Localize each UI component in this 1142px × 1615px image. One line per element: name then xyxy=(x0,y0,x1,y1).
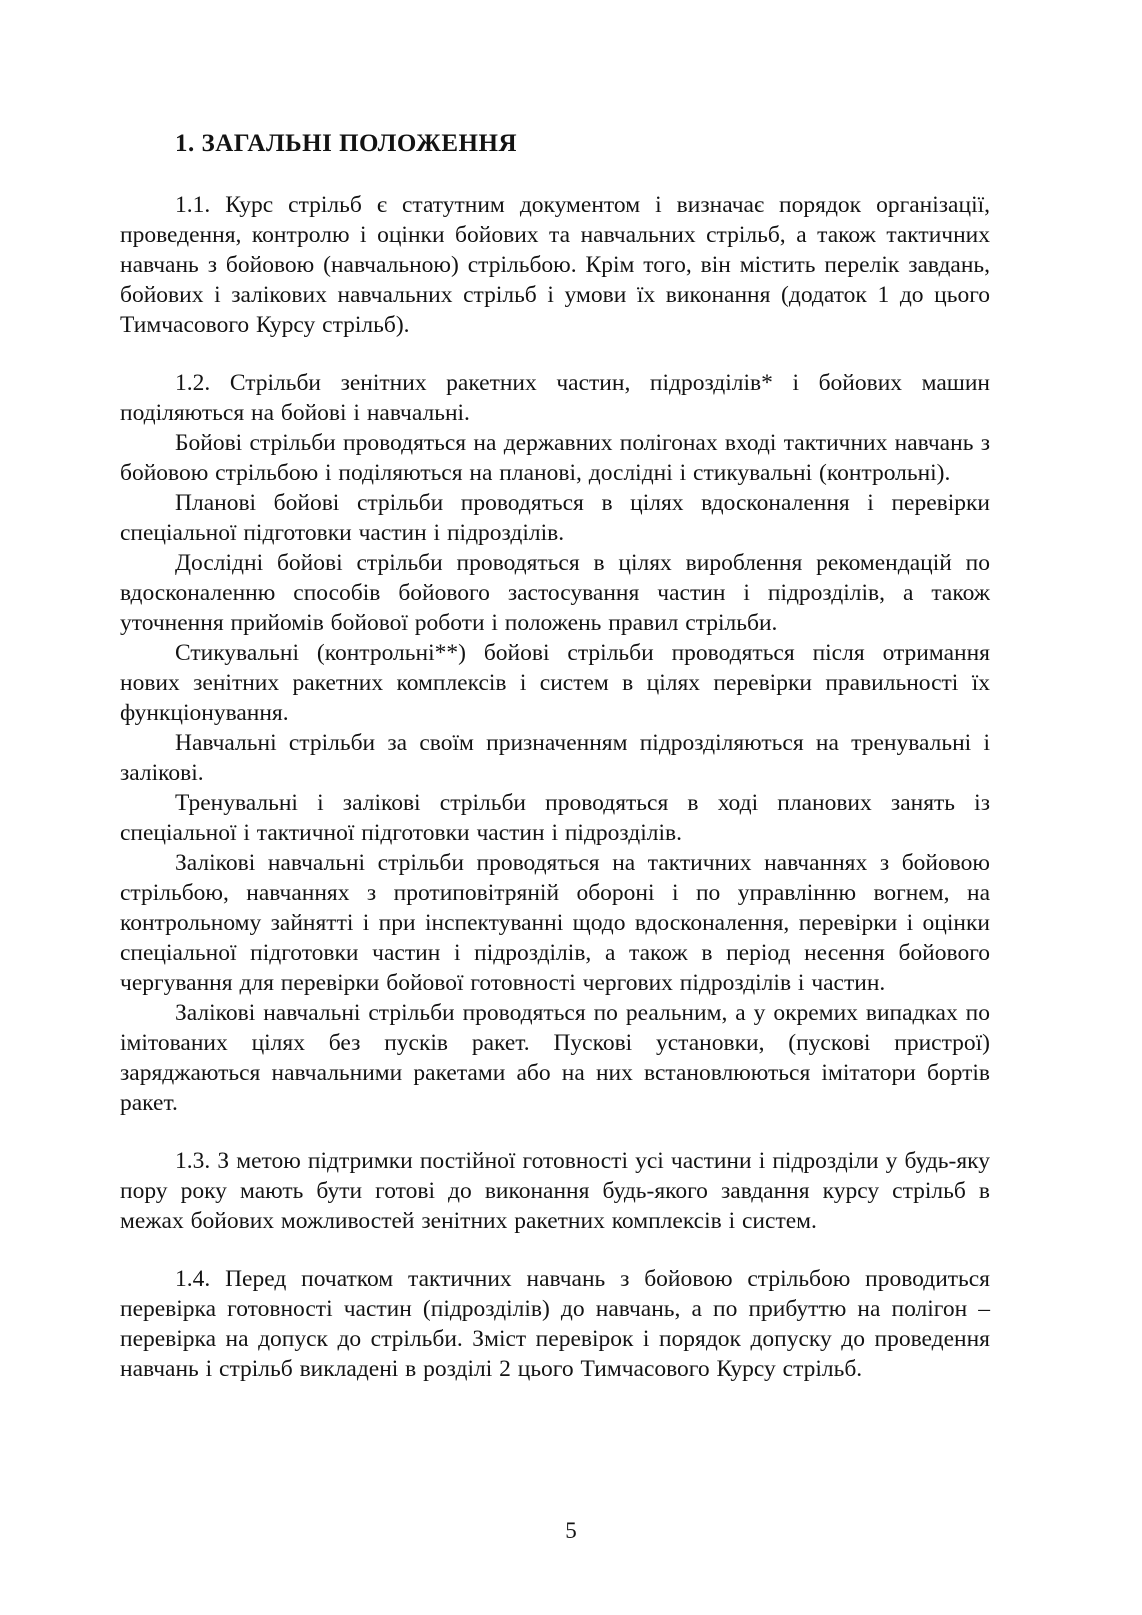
section-1-2: 1.2. Стрільби зенітних ракетних частин, … xyxy=(120,368,990,1118)
paragraph: 1.2. Стрільби зенітних ракетних частин, … xyxy=(120,368,990,428)
paragraph: Планові бойові стрільби проводяться в ці… xyxy=(120,488,990,548)
section-heading: 1. ЗАГАЛЬНІ ПОЛОЖЕННЯ xyxy=(175,130,990,158)
document-page: 1. ЗАГАЛЬНІ ПОЛОЖЕННЯ 1.1. Курс стрільб … xyxy=(0,0,1142,1615)
paragraph: Навчальні стрільби за своїм призначенням… xyxy=(120,728,990,788)
paragraph: 1.4. Перед початком тактичних навчань з … xyxy=(120,1264,990,1384)
paragraph: Залікові навчальні стрільби проводяться … xyxy=(120,848,990,998)
paragraph: Стикувальні (контрольні**) бойові стріль… xyxy=(120,638,990,728)
paragraph: Тренувальні і залікові стрільби проводят… xyxy=(120,788,990,848)
paragraph: Залікові навчальні стрільби проводяться … xyxy=(120,998,990,1118)
page-number: 5 xyxy=(0,1518,1142,1544)
paragraph: Дослідні бойові стрільби проводяться в ц… xyxy=(120,548,990,638)
section-1-3: 1.3. З метою підтримки постійної готовно… xyxy=(120,1146,990,1236)
section-1-4: 1.4. Перед початком тактичних навчань з … xyxy=(120,1264,990,1384)
section-1-1: 1.1. Курс стрільб є статутним документом… xyxy=(120,190,990,340)
paragraph: Бойові стрільби проводяться на державних… xyxy=(120,428,990,488)
paragraph: 1.3. З метою підтримки постійної готовно… xyxy=(120,1146,990,1236)
paragraph: 1.1. Курс стрільб є статутним документом… xyxy=(120,190,990,340)
